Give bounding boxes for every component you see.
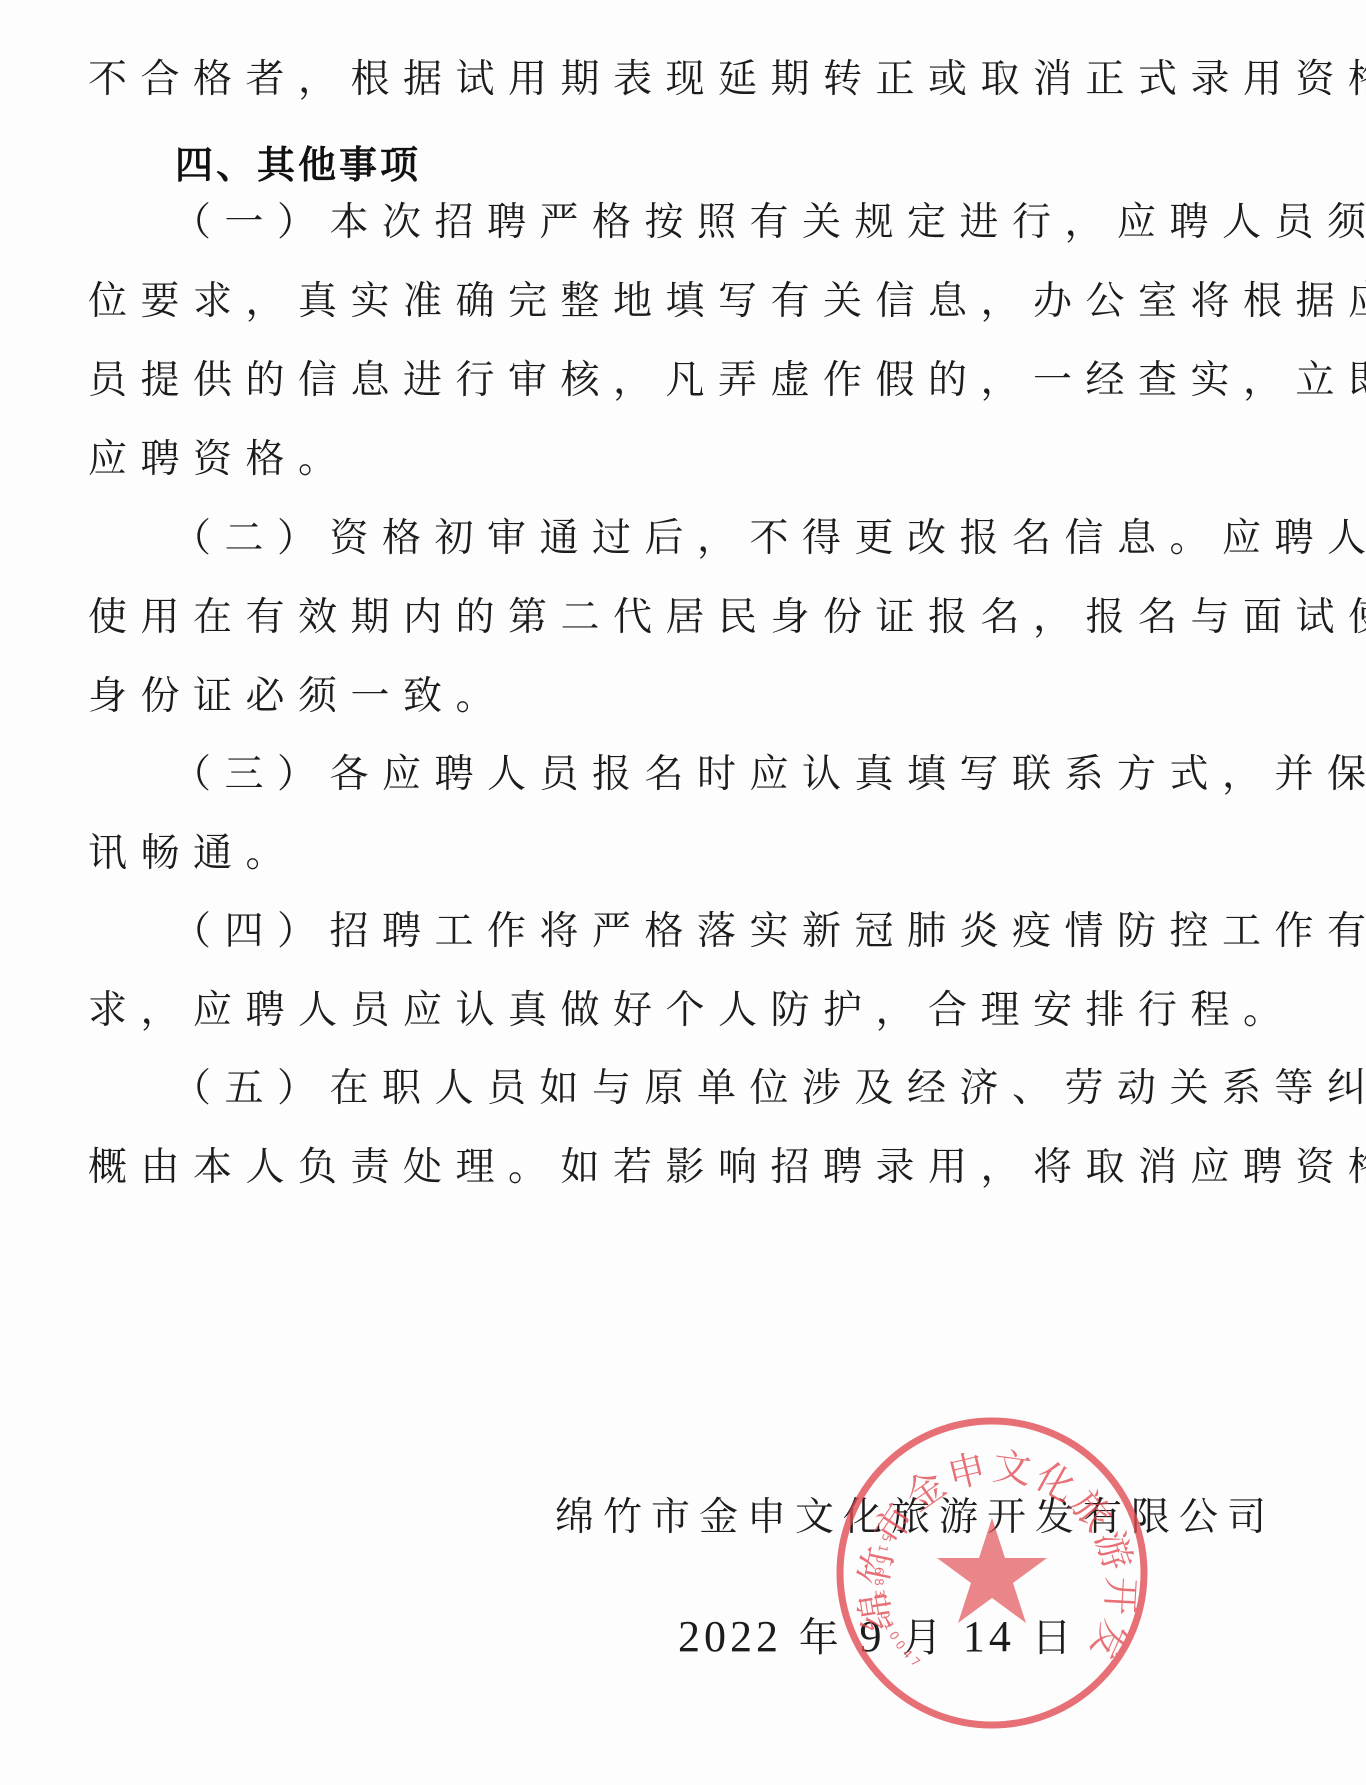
item-5-line-1: （五）在职人员如与原单位涉及经济、劳动关系等纠纷，	[172, 1064, 1366, 1114]
date-year: 2022	[678, 1612, 782, 1661]
date-year-unit: 年	[799, 1615, 843, 1661]
item-1-line-4: 应聘资格。	[88, 435, 351, 485]
document-page: 不合格者，根据试用期表现延期转正或取消正式录用资格。 四、其他事项 （一）本次招…	[0, 0, 1366, 1785]
section-heading: 四、其他事项	[175, 140, 421, 190]
item-1-line-3: 员提供的信息进行审核，凡弄虚作假的，一经查实，立即取消	[88, 356, 1366, 406]
item-4-line-2: 求，应聘人员应认真做好个人防护，合理安排行程。	[88, 986, 1296, 1036]
date-month-unit: 月	[902, 1615, 946, 1661]
item-2-line-1: （二）资格初审通过后，不得更改报名信息。应聘人员须	[172, 514, 1366, 564]
date-day-unit: 日	[1032, 1615, 1076, 1661]
item-5-line-2: 概由本人负责处理。如若影响招聘录用，将取消应聘资格。	[88, 1143, 1366, 1193]
paragraph-line: 不合格者，根据试用期表现延期转正或取消正式录用资格。	[88, 55, 1366, 105]
item-2-line-2: 使用在有效期内的第二代居民身份证报名，报名与面试使用的	[88, 593, 1366, 643]
date-day: 14	[963, 1612, 1015, 1661]
date-month: 9	[859, 1612, 885, 1661]
item-1-line-1: （一）本次招聘严格按照有关规定进行，应聘人员须按岗	[172, 198, 1366, 248]
item-3-line-1: （三）各应聘人员报名时应认真填写联系方式，并保持通	[172, 750, 1366, 800]
item-3-line-2: 讯畅通。	[88, 829, 298, 879]
company-signature: 绵竹市金申文化旅游开发有限公司	[555, 1493, 1275, 1543]
item-1-line-2: 位要求，真实准确完整地填写有关信息，办公室将根据应聘人	[88, 277, 1366, 327]
item-4-line-1: （四）招聘工作将严格落实新冠肺炎疫情防控工作有关要	[172, 907, 1366, 957]
document-date: 2022 年 9 月 14 日	[678, 1612, 1076, 1663]
company-seal-icon: 绵竹市金申文化旅游开发有限公司 5106837010047	[832, 1413, 1152, 1733]
item-2-line-3: 身份证必须一致。	[88, 672, 508, 722]
